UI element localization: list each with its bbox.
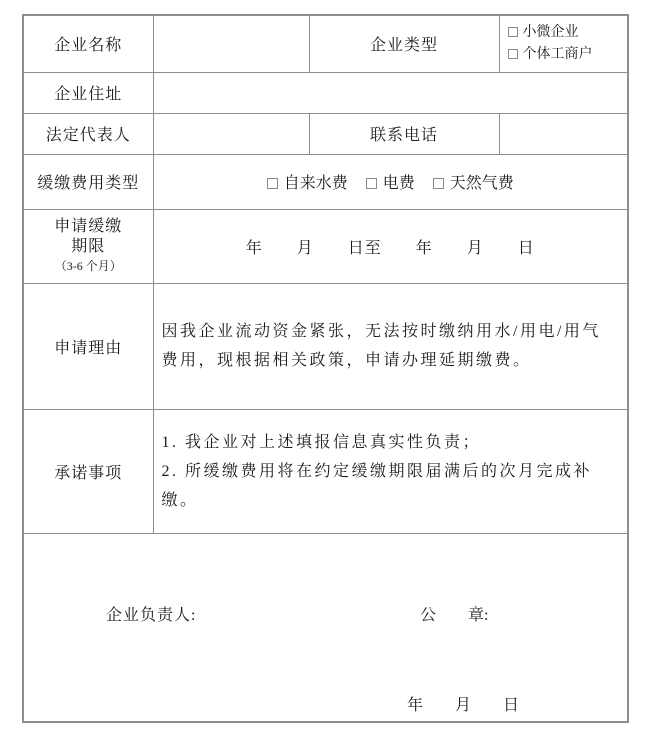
period-label-line1: 申请缓缴 bbox=[30, 217, 147, 237]
company-type-label: 企业类型 bbox=[309, 15, 499, 72]
period-label-line2: 期限 bbox=[30, 237, 147, 257]
legal-rep-input-cell[interactable] bbox=[153, 113, 309, 154]
company-name-input-cell[interactable] bbox=[153, 15, 309, 72]
contact-phone-input-cell[interactable] bbox=[499, 113, 628, 154]
type-option-individual: 个体工商户 bbox=[508, 44, 622, 66]
responsible-person-label: 企业负责人: bbox=[106, 602, 196, 625]
contact-phone-label: 联系电话 bbox=[309, 113, 499, 154]
fee-option-electric-label: 电费 bbox=[383, 175, 415, 192]
reason-label: 申请理由 bbox=[23, 283, 153, 409]
period-date-blanks: 年 月 日至 年 月 日 bbox=[246, 240, 535, 257]
fee-type-options-cell: 自来水费 电费 天然气费 bbox=[153, 154, 628, 209]
checkbox-gas-icon[interactable] bbox=[433, 178, 444, 189]
checkbox-electric-icon[interactable] bbox=[366, 178, 377, 189]
application-form-table: 企业名称 企业类型 小微企业 个体工商户 企业住址 法定代表人 bbox=[22, 14, 629, 723]
commitment-text-line1: 1. 我企业对上述填报信息真实性负责； bbox=[162, 428, 620, 457]
row-period: 申请缓缴 期限 （3-6 个月） 年 月 日至 年 月 日 bbox=[23, 209, 628, 283]
row-fee-type: 缓缴费用类型 自来水费 电费 天然气费 bbox=[23, 154, 628, 209]
row-address: 企业住址 bbox=[23, 72, 628, 113]
commitment-label: 承诺事项 bbox=[23, 409, 153, 533]
period-label-note: （3-6 个月） bbox=[30, 257, 147, 275]
fee-option-water-label: 自来水费 bbox=[284, 175, 348, 192]
period-label: 申请缓缴 期限 （3-6 个月） bbox=[23, 209, 153, 283]
signature-cell: 企业负责人: 公 章: 年 月 日 bbox=[23, 533, 628, 722]
row-commitment: 承诺事项 1. 我企业对上述填报信息真实性负责； 2. 所缓缴费用将在约定缓缴期… bbox=[23, 409, 628, 533]
commitment-text-line3: 缴。 bbox=[162, 486, 620, 515]
official-seal-label: 公 章: bbox=[420, 602, 488, 625]
checkbox-individual-icon[interactable] bbox=[508, 49, 518, 59]
reason-text-line1: 因我企业流动资金紧张，无法按时缴纳用水/用电/用气 bbox=[162, 317, 620, 346]
row-signature: 企业负责人: 公 章: 年 月 日 bbox=[23, 533, 628, 722]
row-legal: 法定代表人 联系电话 bbox=[23, 113, 628, 154]
signature-date-blanks: 年 月 日 bbox=[407, 692, 519, 715]
fee-option-gas-label: 天然气费 bbox=[450, 175, 514, 192]
period-value-cell[interactable]: 年 月 日至 年 月 日 bbox=[153, 209, 628, 283]
reason-text-line2: 费用，现根据相关政策，申请办理延期缴费。 bbox=[162, 346, 620, 375]
fee-option-electric: 电费 bbox=[366, 170, 415, 193]
checkbox-small-micro-icon[interactable] bbox=[508, 27, 518, 37]
commitment-text-cell: 1. 我企业对上述填报信息真实性负责； 2. 所缓缴费用将在约定缓缴期限届满后的… bbox=[153, 409, 628, 533]
company-name-label: 企业名称 bbox=[23, 15, 153, 72]
type-option-small-micro-label: 小微企业 bbox=[523, 25, 579, 40]
form-page: 企业名称 企业类型 小微企业 个体工商户 企业住址 法定代表人 bbox=[0, 0, 649, 744]
row-company: 企业名称 企业类型 小微企业 个体工商户 bbox=[23, 15, 628, 72]
reason-text-cell: 因我企业流动资金紧张，无法按时缴纳用水/用电/用气 费用，现根据相关政策，申请办… bbox=[153, 283, 628, 409]
commitment-text-line2: 2. 所缓缴费用将在约定缓缴期限届满后的次月完成补 bbox=[162, 457, 620, 486]
company-type-options-cell: 小微企业 个体工商户 bbox=[499, 15, 628, 72]
fee-type-label: 缓缴费用类型 bbox=[23, 154, 153, 209]
company-address-input-cell[interactable] bbox=[153, 72, 628, 113]
checkbox-water-icon[interactable] bbox=[267, 178, 278, 189]
company-address-label: 企业住址 bbox=[23, 72, 153, 113]
fee-option-gas: 天然气费 bbox=[433, 170, 514, 193]
type-option-small-micro: 小微企业 bbox=[508, 22, 622, 44]
legal-rep-label: 法定代表人 bbox=[23, 113, 153, 154]
type-option-individual-label: 个体工商户 bbox=[523, 47, 593, 62]
row-reason: 申请理由 因我企业流动资金紧张，无法按时缴纳用水/用电/用气 费用，现根据相关政… bbox=[23, 283, 628, 409]
fee-option-water: 自来水费 bbox=[267, 170, 348, 193]
